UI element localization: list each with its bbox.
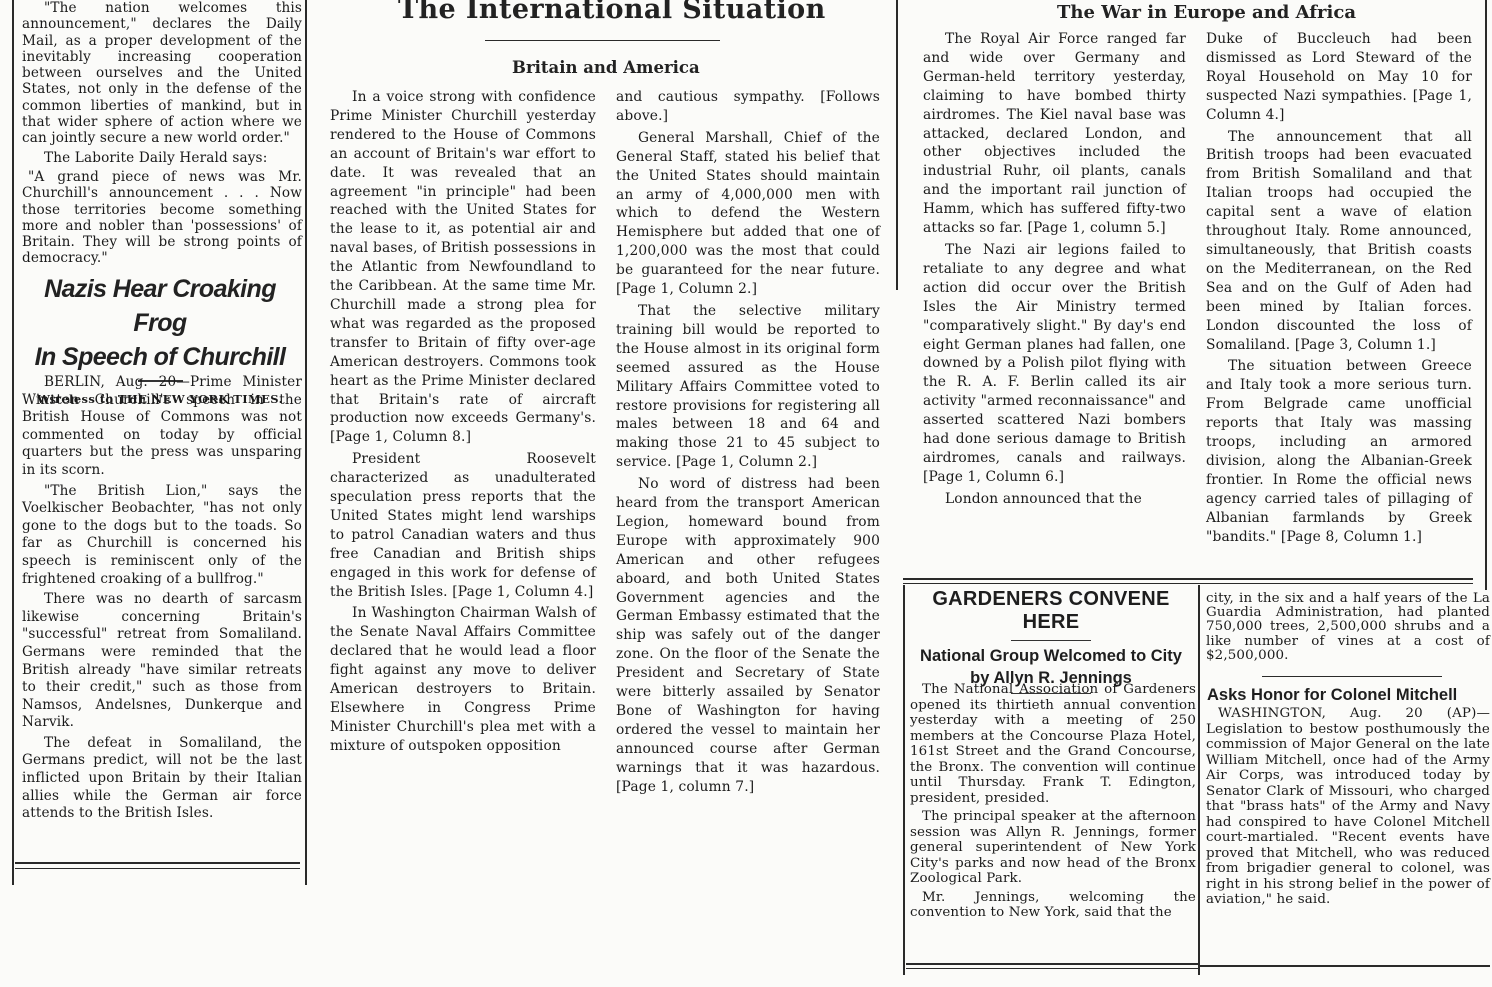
international-right-column: and cautious sympathy. [Follows above.] … <box>616 88 880 800</box>
divider <box>15 868 300 869</box>
paragraph: The Nazi air legions failed to retaliate… <box>923 241 1186 487</box>
paragraph: London announced that the <box>923 490 1186 509</box>
headline: Asks Honor for Colonel Mitchell <box>1207 686 1457 705</box>
column-rule <box>896 0 898 290</box>
paragraph: The defeat in Somaliland, the Germans pr… <box>22 735 302 823</box>
gardeners-continued: city, in the six and a half years of the… <box>1206 592 1490 666</box>
paragraph: There was no dearth of sarcasm likewise … <box>22 591 302 732</box>
paragraph: city, in the six and a half years of the… <box>1206 592 1490 663</box>
headline-line: Nazis Hear Croaking Frog <box>18 272 302 340</box>
paragraph: The National Association of Gardeners op… <box>910 682 1196 806</box>
divider <box>15 862 300 864</box>
divider <box>903 578 1473 580</box>
gardeners-body: The National Association of Gardeners op… <box>910 682 1196 924</box>
paragraph: BERLIN, Aug. 20—Prime Minister Winston C… <box>22 374 302 480</box>
paragraph: "The nation welcomes this announcement,"… <box>22 0 302 147</box>
paragraph: Duke of Buccleuch had been dismissed as … <box>1206 30 1472 125</box>
section-title: The War in Europe and Africa <box>1057 2 1356 23</box>
section-subtitle: Britain and America <box>512 58 700 77</box>
headline: GARDENERS CONVENE HERE <box>905 588 1197 634</box>
paragraph: The Royal Air Force ranged far and wide … <box>923 30 1186 238</box>
paragraph: General Marshall, Chief of the General S… <box>616 129 880 299</box>
paragraph: "A grand piece of news was Mr. Churchill… <box>22 169 302 267</box>
column-rule <box>305 0 307 885</box>
divider <box>906 968 1198 969</box>
paragraph: Mr. Jennings, welcoming the convention t… <box>910 890 1196 921</box>
divider <box>485 40 720 41</box>
paragraph: That the selective military training bil… <box>616 302 880 472</box>
paragraph: In a voice strong with confidence Prime … <box>330 88 596 447</box>
column-rule <box>1198 585 1200 975</box>
divider <box>903 583 1473 584</box>
war-left-column: The Royal Air Force ranged far and wide … <box>923 30 1186 512</box>
column-1-article-body: BERLIN, Aug. 20—Prime Minister Winston C… <box>22 374 302 826</box>
article-gardeners: GARDENERS CONVENE HERE National Group We… <box>905 588 1197 694</box>
subheadline-line: National Group Welcomed to City <box>905 645 1197 667</box>
paragraph: President Roosevelt characterized as una… <box>330 450 596 601</box>
divider <box>1011 640 1091 641</box>
mitchell-body: WASHINGTON, Aug. 20 (AP)—Legislation to … <box>1206 706 1490 911</box>
divider <box>906 963 1198 965</box>
column-rule <box>12 0 14 885</box>
section-title: The International Situation <box>398 0 826 25</box>
headline: Nazis Hear Croaking Frog In Speech of Ch… <box>18 272 302 374</box>
paragraph: The announcement that all British troops… <box>1206 128 1472 355</box>
paragraph: WASHINGTON, Aug. 20 (AP)—Legislation to … <box>1206 706 1490 908</box>
column-1-top: "The nation welcomes this announcement,"… <box>22 0 302 270</box>
paragraph: The Laborite Daily Herald says: <box>22 150 302 166</box>
paragraph: In Washington Chairman Walsh of the Sena… <box>330 604 596 755</box>
international-left-column: In a voice strong with confidence Prime … <box>330 88 596 759</box>
paragraph: and cautious sympathy. [Follows above.] <box>616 88 880 126</box>
column-rule <box>1485 0 1487 590</box>
paragraph: No word of distress had been heard from … <box>616 475 880 796</box>
war-right-column: Duke of Buccleuch had been dismissed as … <box>1206 30 1472 549</box>
paragraph: "The British Lion," says the Voelkischer… <box>22 483 302 589</box>
paragraph: The principal speaker at the afternoon s… <box>910 809 1196 887</box>
divider <box>1262 676 1442 677</box>
headline-line: In Speech of Churchill <box>18 340 302 374</box>
divider <box>1200 965 1490 967</box>
paragraph: The situation between Greece and Italy t… <box>1206 357 1472 546</box>
